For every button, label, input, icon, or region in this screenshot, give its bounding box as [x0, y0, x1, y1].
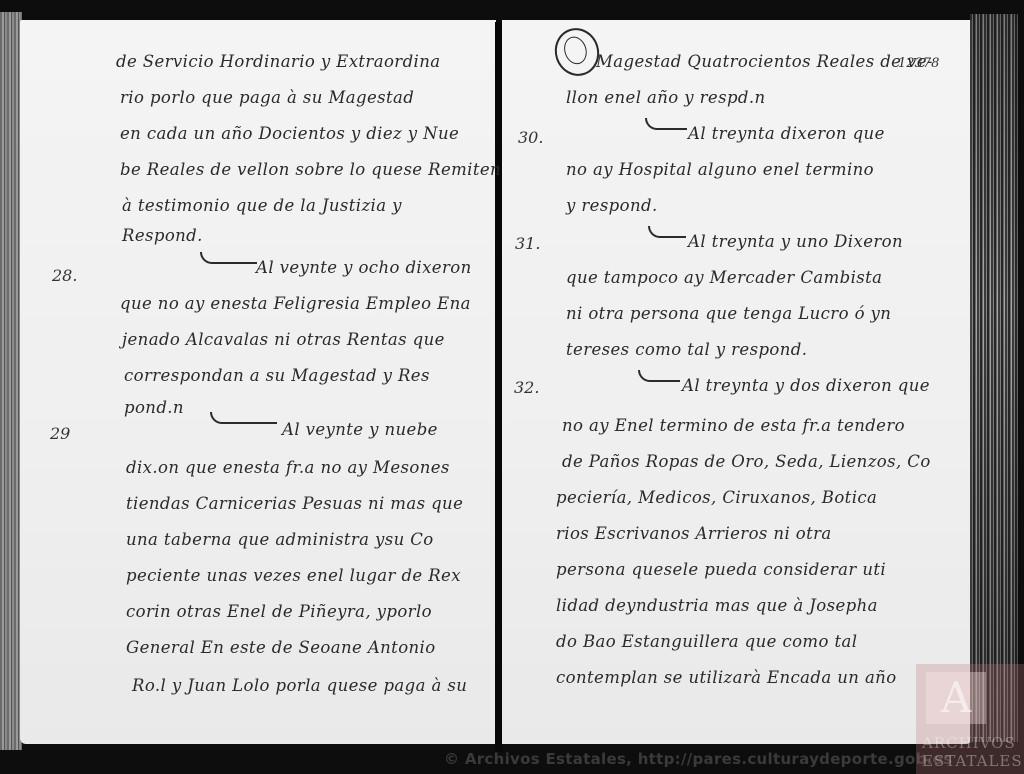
folio-number: 12378 — [898, 56, 939, 71]
book-edge-right — [970, 14, 1018, 742]
document-viewer: ... de Servicio Hordinario y Extraordina… — [0, 0, 1024, 774]
manuscript-line: que tampoco ay Mercader Cambista — [566, 268, 882, 287]
flourish-mark — [638, 370, 680, 382]
manuscript-line: no ay Hospital alguno enel termino — [566, 160, 874, 179]
book-edge-left — [0, 12, 22, 750]
manuscript-line: Ro.l y Juan Lolo porla quese paga à su — [132, 676, 467, 695]
manuscript-line: llon enel año y respd.n — [566, 88, 766, 107]
manuscript-line: Al treynta y dos dixeron que — [682, 376, 930, 395]
flourish-mark — [200, 252, 257, 264]
flourish-mark — [210, 412, 277, 424]
manuscript-line: peciente unas vezes enel lugar de Rex — [126, 566, 461, 585]
item-number: 28. — [52, 266, 77, 285]
item-number: 29 — [50, 424, 70, 443]
logo-text-line2: ESTATALES — [922, 752, 1022, 770]
manuscript-line: ni otra persona que tenga Lucro ó yn — [566, 304, 891, 323]
archivos-estatales-logo: A ARCHIVOS ESTATALES — [916, 664, 1024, 774]
manuscript-line: Respond. — [122, 226, 203, 245]
manuscript-line: corin otras Enel de Piñeyra, yporlo — [126, 602, 432, 621]
manuscript-line: contemplan se utilizarà Encada un año — [556, 668, 897, 687]
manuscript-line: General En este de Seoane Antonio — [126, 638, 436, 657]
manuscript-line: y respond. — [566, 196, 658, 215]
flourish-mark — [648, 226, 686, 238]
manuscript-line: no ay Enel termino de esta fr.a tendero — [562, 416, 905, 435]
manuscript-line: tiendas Carnicerias Pesuas ni mas que — [126, 494, 463, 513]
manuscript-line: rios Escrivanos Arrieros ni otra — [556, 524, 832, 543]
manuscript-line: rio porlo que paga à su Magestad — [120, 88, 414, 107]
manuscript-line: tereses como tal y respond. — [566, 340, 807, 359]
manuscript-line: do Bao Estanguillera que como tal — [556, 632, 857, 651]
manuscript-line: jenado Alcavalas ni otras Rentas que — [122, 330, 445, 349]
item-number: 31. — [515, 234, 540, 253]
manuscript-line: à testimonio que de la Justizia y — [122, 196, 402, 215]
manuscript-line: que no ay enesta Feligresia Empleo Ena — [120, 294, 471, 313]
flourish-mark — [645, 118, 687, 130]
manuscript-line: persona quesele pueda considerar uti — [556, 560, 886, 579]
manuscript-line: en cada un año Docientos y diez y Nue — [120, 124, 459, 143]
manuscript-line: dix.on que enesta fr.a no ay Mesones — [126, 458, 450, 477]
item-number: 30. — [518, 128, 543, 147]
manuscript-line: Al treynta y uno Dixeron — [688, 232, 903, 251]
manuscript-line: peciería, Medicos, Ciruxanos, Botica — [556, 488, 877, 507]
manuscript-line: correspondan a su Magestad y Res — [124, 366, 430, 385]
manuscript-line: de Paños Ropas de Oro, Seda, Lienzos, Co — [562, 452, 931, 471]
manuscript-line: Al veynte y nuebe — [282, 420, 438, 439]
manuscript-line: Magestad Quatrocientos Reales de ve- — [596, 52, 933, 71]
item-number: 32. — [514, 378, 539, 397]
manuscript-line: de Servicio Hordinario y Extraordina — [116, 52, 440, 71]
manuscript-line: una taberna que administra ysu Co — [126, 530, 434, 549]
logo-mark: A — [926, 672, 986, 724]
copyright-watermark: © Archivos Estatales, http://pares.cultu… — [444, 750, 952, 768]
manuscript-line: Al treynta dixeron que — [688, 124, 885, 143]
manuscript-line: Al veynte y ocho dixeron — [256, 258, 472, 277]
manuscript-line: lidad deyndustria mas que à Josepha — [556, 596, 878, 615]
manuscript-line: be Reales de vellon sobre lo quese Remit… — [120, 160, 501, 179]
manuscript-line: pond.n — [124, 398, 184, 417]
logo-text-line1: ARCHIVOS — [922, 734, 1022, 752]
